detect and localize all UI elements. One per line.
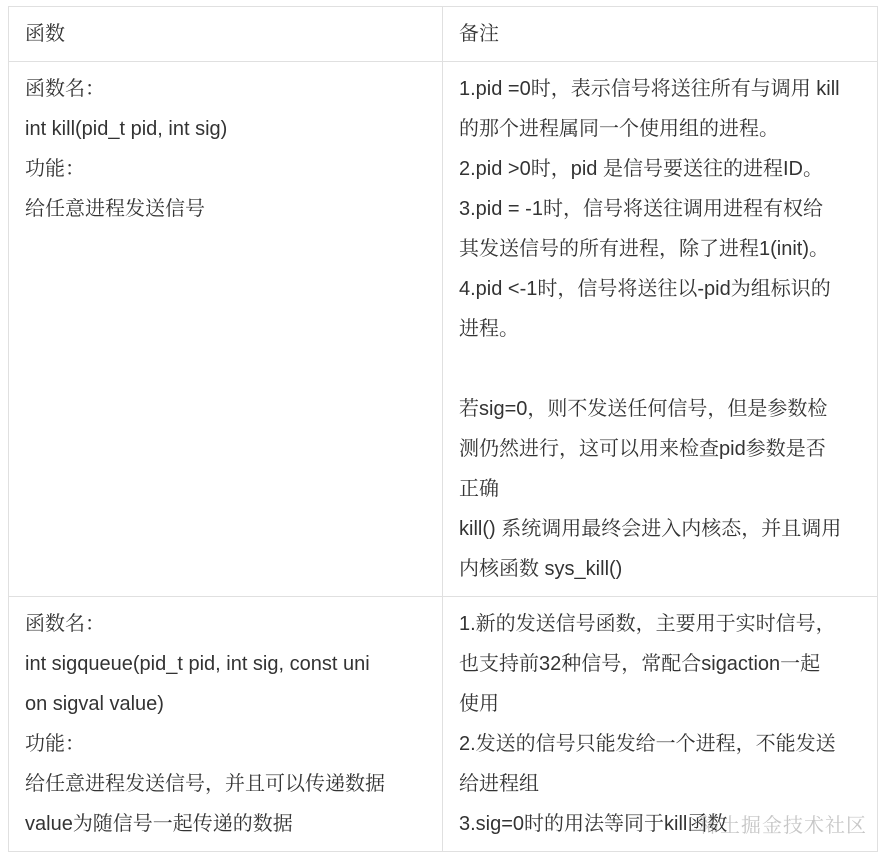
text-line: 内核函数 sys_kill() (459, 549, 861, 589)
signal-functions-table: 函数 备注 函数名：int kill(pid_t pid, int sig)功能… (8, 6, 878, 852)
text-line: 4.pid <-1时，信号将送往以-pid为组标识的 (459, 269, 861, 309)
text-line: 给进程组 (459, 764, 861, 804)
text-line: 函数名： (25, 604, 426, 644)
text-line (459, 349, 861, 389)
text-line: 1.pid =0时，表示信号将送往所有与调用 kill (459, 69, 861, 109)
text-line: kill() 系统调用最终会进入内核态，并且调用 (459, 509, 861, 549)
text-line: int sigqueue(pid_t pid, int sig, const u… (25, 644, 426, 684)
text-line: 使用 (459, 684, 861, 724)
text-line: 给任意进程发送信号，并且可以传递数据 (25, 764, 426, 804)
text-line: on sigval value) (25, 684, 426, 724)
text-line: 1.新的发送信号函数，主要用于实时信号， (459, 604, 861, 644)
text-line: 正确 (459, 469, 861, 509)
text-line: 2.pid >0时，pid 是信号要送往的进程ID。 (459, 149, 861, 189)
article-table-page: 稀土掘金技术社区 函数 备注 函数名：int kill(pid_t pid, i… (0, 0, 885, 856)
table-header-row: 函数 备注 (9, 7, 878, 62)
text-line: int kill(pid_t pid, int sig) (25, 109, 426, 149)
function-cell-sigqueue: 函数名：int sigqueue(pid_t pid, int sig, con… (9, 597, 443, 852)
text-line: 3.sig=0时的用法等同于kill函数 (459, 804, 861, 844)
text-line: 给任意进程发送信号 (25, 189, 426, 229)
text-line: 也支持前32种信号，常配合sigaction一起 (459, 644, 861, 684)
function-cell-kill: 函数名：int kill(pid_t pid, int sig)功能：给任意进程… (9, 62, 443, 597)
text-line: 的那个进程属同一个使用组的进程。 (459, 109, 861, 149)
text-line: 2.发送的信号只能发给一个进程，不能发送 (459, 724, 861, 764)
text-line: 功能： (25, 149, 426, 189)
text-line: 其发送信号的所有进程，除了进程1(init)。 (459, 229, 861, 269)
column-header-remarks: 备注 (443, 7, 878, 62)
text-line: 函数名： (25, 69, 426, 109)
text-line: 若sig=0，则不发送任何信号，但是参数检 (459, 389, 861, 429)
table-row-sigqueue: 函数名：int sigqueue(pid_t pid, int sig, con… (9, 597, 878, 852)
table-row-kill: 函数名：int kill(pid_t pid, int sig)功能：给任意进程… (9, 62, 878, 597)
text-line: value为随信号一起传递的数据 (25, 804, 426, 844)
text-line: 功能： (25, 724, 426, 764)
text-line: 进程。 (459, 309, 861, 349)
column-header-function: 函数 (9, 7, 443, 62)
text-line: 3.pid = -1时，信号将送往调用进程有权给 (459, 189, 861, 229)
remarks-cell-sigqueue: 1.新的发送信号函数，主要用于实时信号，也支持前32种信号，常配合sigacti… (443, 597, 878, 852)
text-line: 测仍然进行，这可以用来检查pid参数是否 (459, 429, 861, 469)
remarks-cell-kill: 1.pid =0时，表示信号将送往所有与调用 kill的那个进程属同一个使用组的… (443, 62, 878, 597)
